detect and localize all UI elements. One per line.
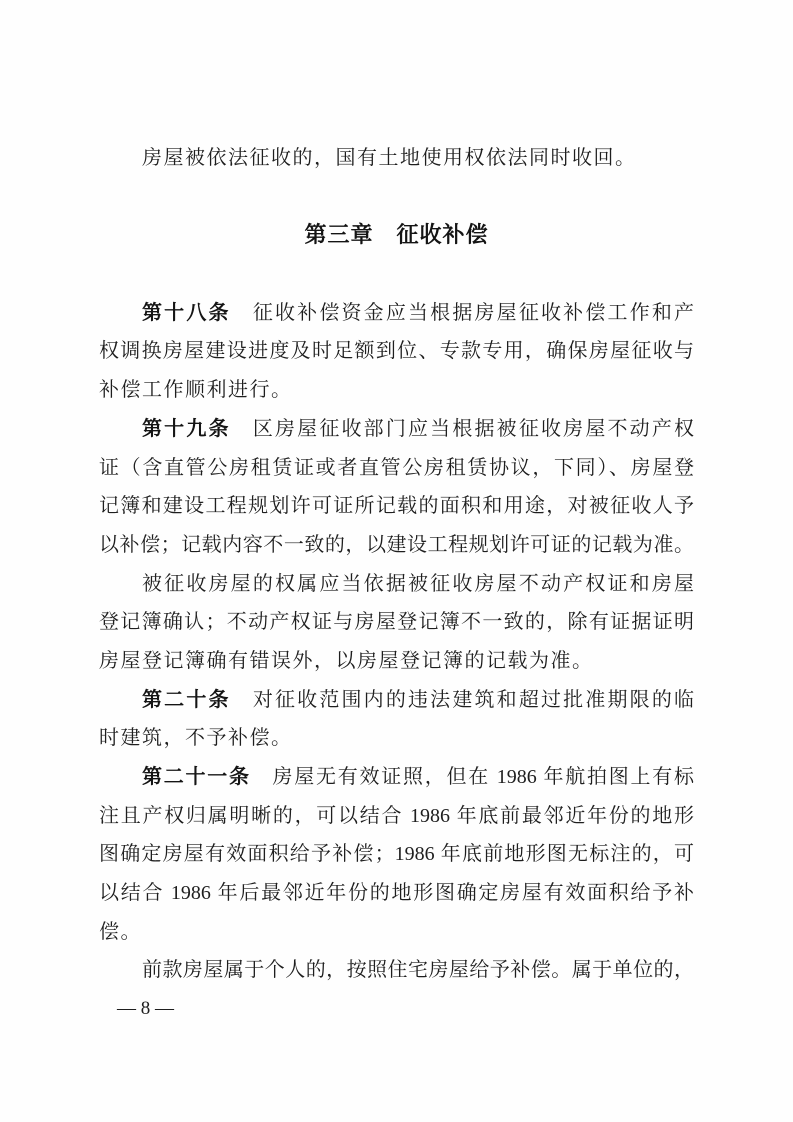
article-19-line-4: 以补偿；记载内容不一致的，以建设工程规划许可证的记载为准。: [99, 526, 694, 565]
article-21-line-3: 图确定房屋有效面积给予补偿；1986 年底前地形图无标注的，可: [99, 835, 694, 874]
blank-line: [99, 178, 694, 217]
chapter-heading: 第三章 征收补偿: [99, 216, 694, 255]
article-19-text: 区房屋征收部门应当根据被征收房屋不动产权: [231, 418, 694, 440]
article-18-text: 征收补偿资金应当根据房屋征收补偿工作和产: [231, 302, 694, 324]
ownership-paragraph-line-3: 房屋登记簿确有错误外，以房屋登记簿的记载为准。: [99, 642, 694, 681]
ownership-paragraph-line-2: 登记簿确认；不动产权证与房屋登记簿不一致的，除有证据证明: [99, 603, 694, 642]
article-21-line-5: 偿。: [99, 913, 694, 952]
article-18-number: 第十八条: [142, 302, 231, 324]
opening-paragraph-line: 房屋被依法征收的，国有土地使用权依法同时收回。: [99, 139, 694, 178]
page-number: — 8 —: [99, 990, 694, 1029]
article-19-line-3: 记簿和建设工程规划许可证所记载的面积和用途，对被征收人予: [99, 487, 694, 526]
article-19-number: 第十九条: [142, 418, 231, 440]
article-21-number: 第二十一条: [142, 766, 251, 788]
article-20-line-2: 时建筑，不予补偿。: [99, 719, 694, 758]
article-19-line-1: 第十九条 区房屋征收部门应当根据被征收房屋不动产权: [99, 410, 694, 449]
article-18-line-3: 补偿工作顺利进行。: [99, 371, 694, 410]
article-20-line-1: 第二十条 对征收范围内的违法建筑和超过批准期限的临: [99, 681, 694, 720]
article-21-line-1: 第二十一条 房屋无有效证照，但在 1986 年航拍图上有标: [99, 758, 694, 797]
article-21-text: 房屋无有效证照，但在 1986 年航拍图上有标: [251, 766, 694, 788]
ownership-paragraph-line-1: 被征收房屋的权属应当依据被征收房屋不动产权证和房屋: [99, 565, 694, 604]
article-18-line-2: 权调换房屋建设进度及时足额到位、专款专用，确保房屋征收与: [99, 332, 694, 371]
article-20-number: 第二十条: [142, 689, 231, 711]
article-19-line-2: 证（含直管公房租赁证或者直管公房租赁协议，下同）、房屋登: [99, 449, 694, 488]
article-18-line-1: 第十八条 征收补偿资金应当根据房屋征收补偿工作和产: [99, 294, 694, 333]
text-block: 房屋被依法征收的，国有土地使用权依法同时收回。 第三章 征收补偿 第十八条 征收…: [99, 139, 694, 1029]
closing-paragraph-line: 前款房屋属于个人的，按照住宅房屋给予补偿。属于单位的，: [99, 951, 694, 990]
document-sheet: 房屋被依法征收的，国有土地使用权依法同时收回。 第三章 征收补偿 第十八条 征收…: [0, 0, 793, 1122]
blank-line: [99, 255, 694, 294]
article-21-line-2: 注且产权归属明晰的，可以结合 1986 年底前最邻近年份的地形: [99, 797, 694, 836]
article-20-text: 对征收范围内的违法建筑和超过批准期限的临: [231, 689, 694, 711]
article-21-line-4: 以结合 1986 年后最邻近年份的地形图确定房屋有效面积给予补: [99, 874, 694, 913]
